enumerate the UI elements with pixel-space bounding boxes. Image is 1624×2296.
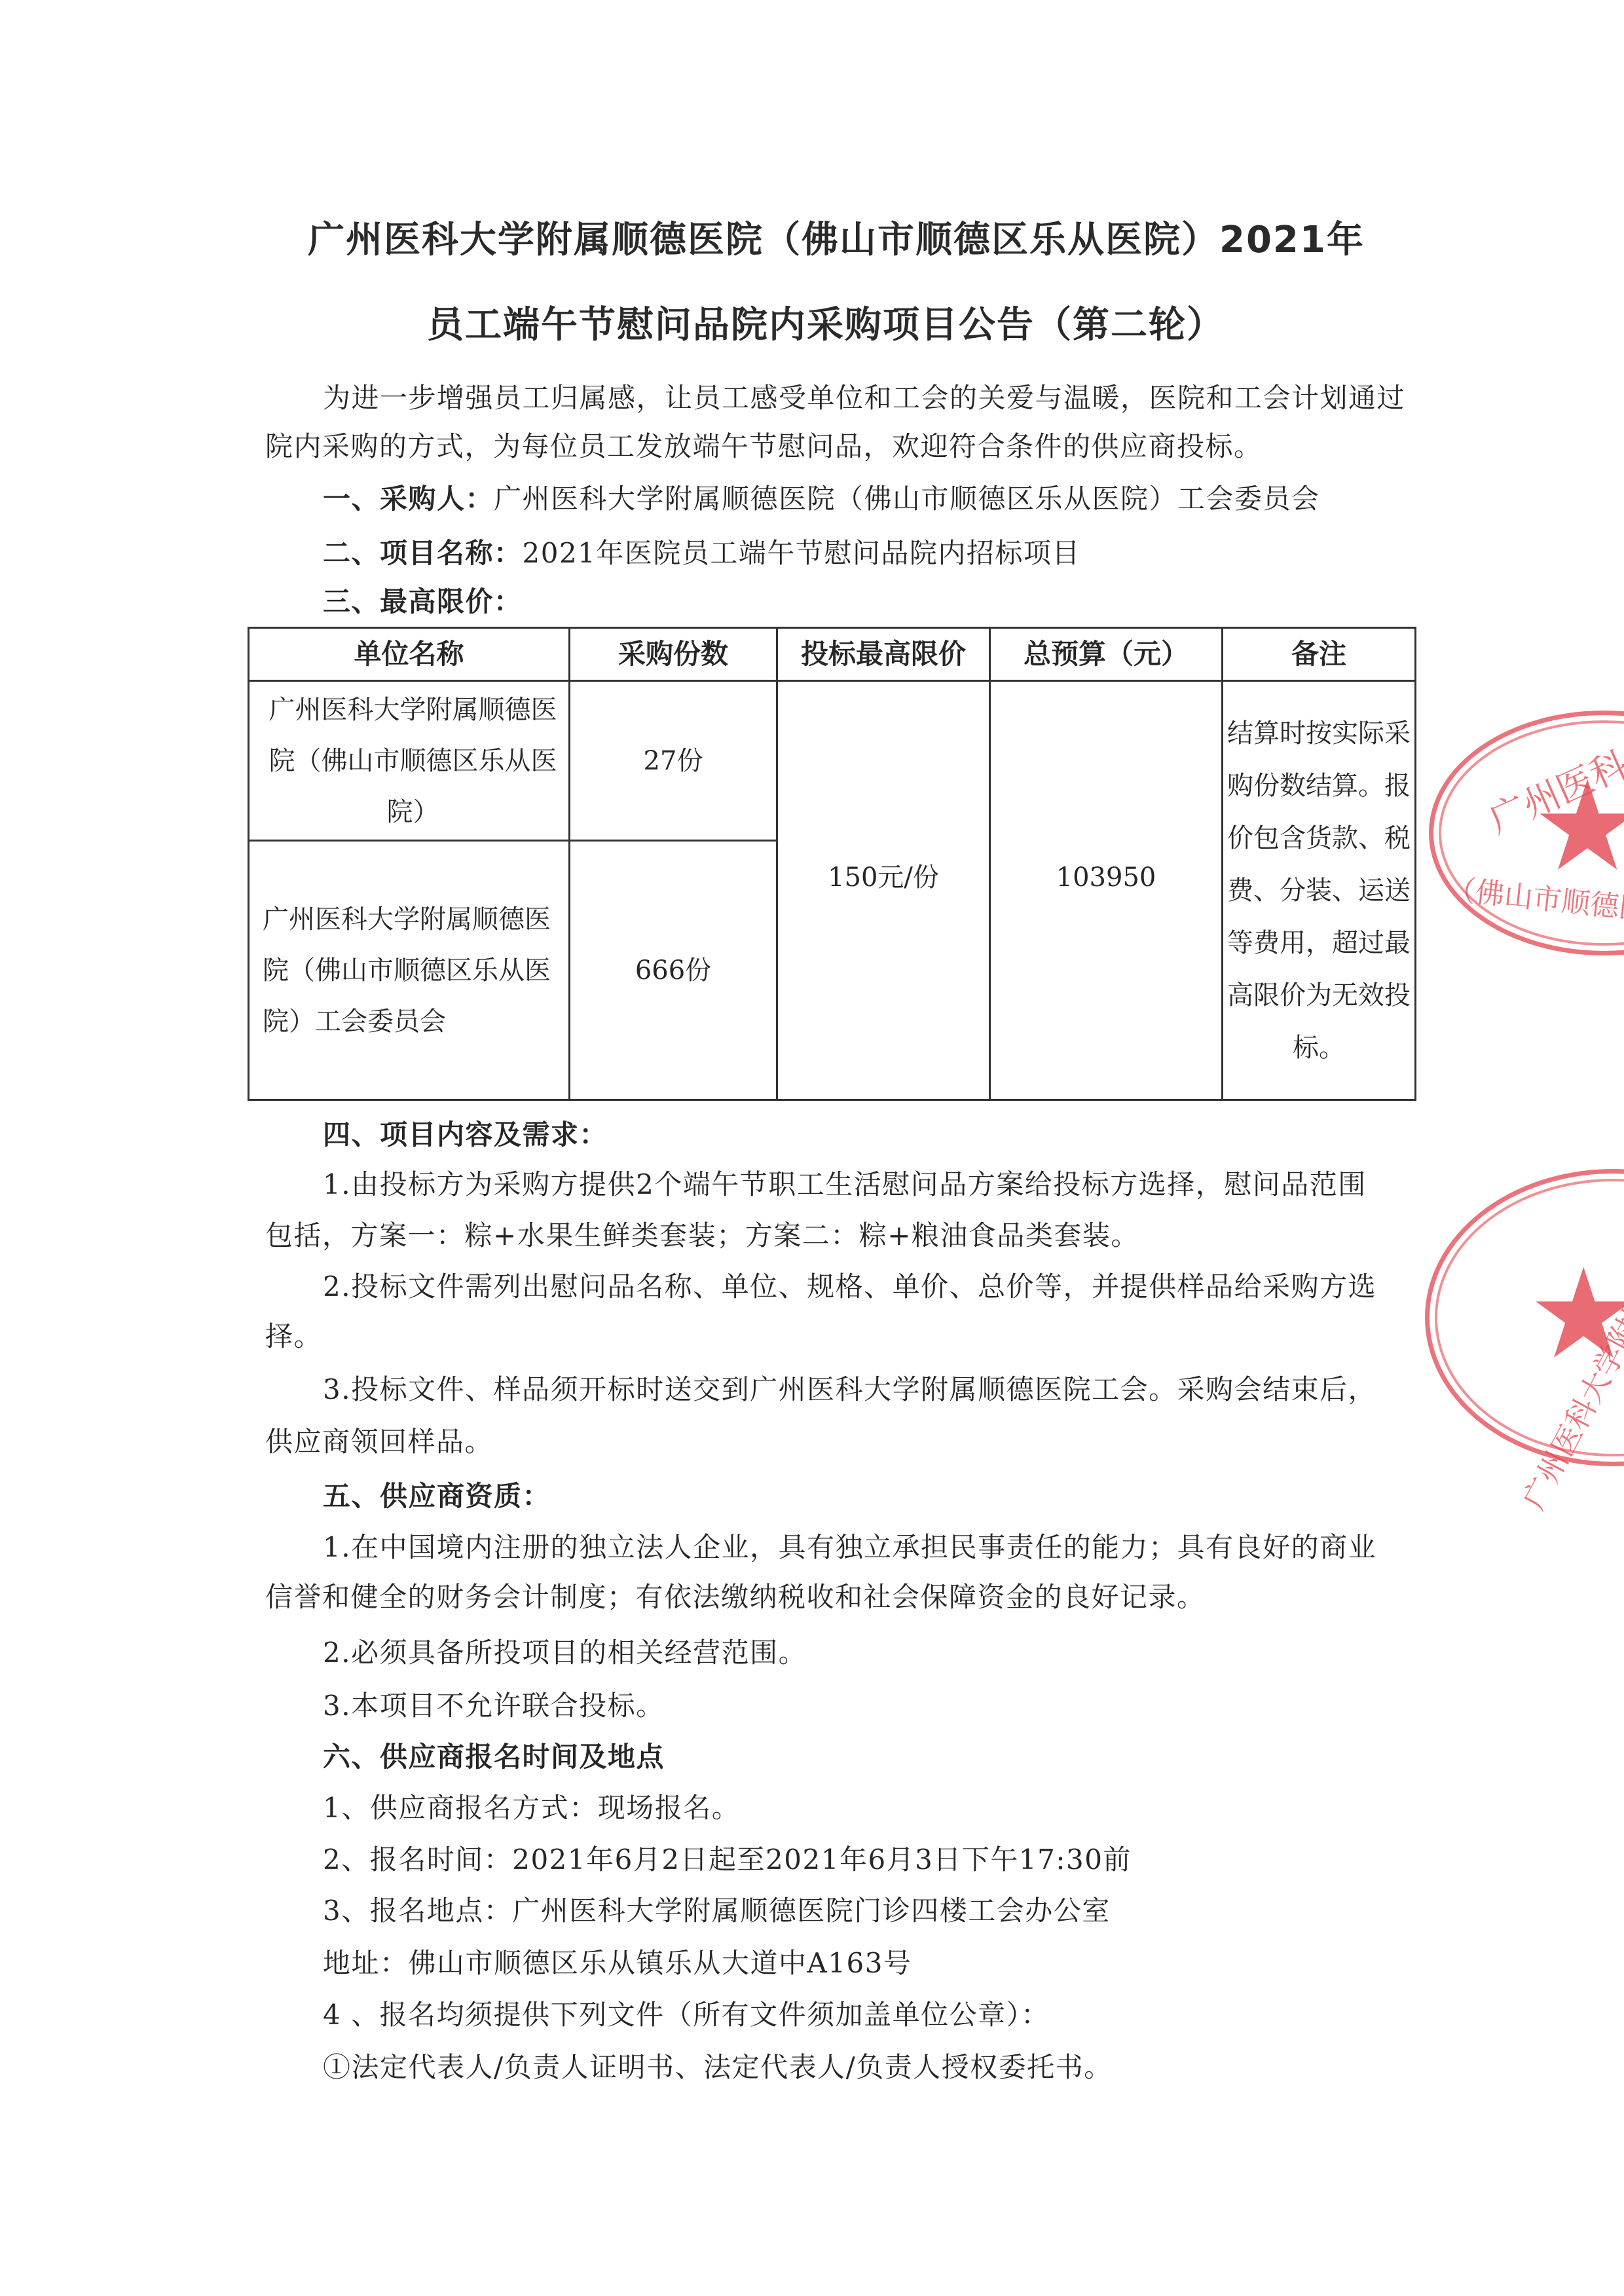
header-unit-name: 单位名称 <box>249 628 570 681</box>
header-total-budget: 总预算（元） <box>990 628 1223 681</box>
section-content-label: 四、项目内容及需求： <box>323 1118 608 1152</box>
official-seal-2: ★ 广州医科大学附属顺德医院（佛山 <box>1425 1169 1624 1466</box>
section-purchaser: 一、采购人：广州医科大学附属顺德医院（佛山市顺德区乐从医院）工会委员会 <box>323 482 1320 516</box>
official-seal-1: ★ 广州医科大学附 （佛山市顺德区乐从 <box>1429 711 1624 955</box>
registration-documents: 4 、报名均须提供下列文件（所有文件须加盖单位公章）： <box>323 1998 1050 2032</box>
qualification-item-1-line1: 1.在中国境内注册的独立法人企业，具有独立承担民事责任的能力；具有良好的商业 <box>323 1530 1376 1565</box>
table-row: 广州医科大学附属顺德医院（佛山市顺德区乐从医院） 27份 150元/份 1039… <box>249 681 1416 841</box>
cell-quantity: 27份 <box>570 681 777 841</box>
registration-method: 1、供应商报名方式：现场报名。 <box>323 1791 740 1825</box>
cell-total-budget: 103950 <box>990 681 1223 1100</box>
section-project-name: 二、项目名称：2021年医院员工端午节慰问品院内招标项目 <box>323 536 1080 570</box>
document-title-line2: 员工端午节慰问品院内采购项目公告（第二轮） <box>427 296 1225 348</box>
header-quantity: 采购份数 <box>570 628 777 681</box>
header-remark: 备注 <box>1223 628 1416 681</box>
cell-max-bid-price: 150元/份 <box>777 681 990 1100</box>
qualification-item-3: 3.本项目不允许联合投标。 <box>323 1689 665 1723</box>
max-price-table: 单位名称 采购份数 投标最高限价 总预算（元） 备注 广州医科大学附属顺德医院（… <box>248 627 1416 1101</box>
registration-time: 2、报名时间：2021年6月2日起至2021年6月3日下午17:30前 <box>323 1843 1132 1877</box>
section-purchaser-label: 一、采购人： <box>323 483 494 515</box>
cell-unit-name: 广州医科大学附属顺德医院（佛山市顺德区乐从医院）工会委员会 <box>249 841 570 1100</box>
section-max-price-label: 三、最高限价： <box>323 585 523 619</box>
registration-location: 3、报名地点：广州医科大学附属顺德医院门诊四楼工会办公室 <box>323 1894 1111 1928</box>
intro-paragraph-line2: 院内采购的方式，为每位员工发放端午节慰问品，欢迎符合条件的供应商投标。 <box>265 430 1263 464</box>
section-qualification-label: 五、供应商资质： <box>323 1479 551 1513</box>
cell-unit-name: 广州医科大学附属顺德医院（佛山市顺德区乐从医院） <box>249 681 570 841</box>
section-project-name-label: 二、项目名称： <box>323 537 523 569</box>
content-item-2-line2: 择。 <box>265 1320 322 1354</box>
qualification-item-2: 2.必须具备所投项目的相关经营范围。 <box>323 1636 807 1670</box>
cell-remark: 结算时按实际采购份数结算。报价包含货款、税费、分装、运送等费用，超过最高限价为无… <box>1223 681 1416 1100</box>
table-header-row: 单位名称 采购份数 投标最高限价 总预算（元） 备注 <box>249 628 1416 681</box>
intro-paragraph-line1: 为进一步增强员工归属感，让员工感受单位和工会的关爱与温暖，医院和工会计划通过 <box>323 381 1405 415</box>
content-item-3-line2: 供应商领回样品。 <box>265 1425 493 1459</box>
content-item-1-line2: 包括，方案一：粽+水果生鲜类套装；方案二：粽+粮油食品类套装。 <box>265 1219 1139 1253</box>
content-item-1-line1: 1.由投标方为采购方提供2个端午节职工生活慰问品方案给投标方选择，慰问品范围 <box>323 1168 1367 1202</box>
section-project-name-value: 2021年医院员工端午节慰问品院内招标项目 <box>523 537 1080 569</box>
section-registration-label: 六、供应商报名时间及地点 <box>323 1740 665 1774</box>
registration-address: 地址：佛山市顺德区乐从镇乐从大道中A163号 <box>323 1946 912 1980</box>
header-max-bid-price: 投标最高限价 <box>777 628 990 681</box>
cell-quantity: 666份 <box>570 841 777 1100</box>
content-item-2-line1: 2.投标文件需列出慰问品名称、单位、规格、单价、总价等，并提供样品给采购方选 <box>323 1270 1376 1304</box>
section-purchaser-value: 广州医科大学附属顺德医院（佛山市顺德区乐从医院）工会委员会 <box>494 483 1320 515</box>
document-title-line1: 广州医科大学附属顺德医院（佛山市顺德区乐从医院）2021年 <box>308 211 1365 263</box>
registration-document-item-1: ①法定代表人/负责人证明书、法定代表人/负责人授权委托书。 <box>323 2050 1113 2084</box>
content-item-3-line1: 3.投标文件、样品须开标时送交到广州医科大学附属顺德医院工会。采购会结束后， <box>323 1373 1376 1407</box>
qualification-item-1-line2: 信誉和健全的财务会计制度；有依法缴纳税收和社会保障资金的良好记录。 <box>265 1580 1206 1614</box>
